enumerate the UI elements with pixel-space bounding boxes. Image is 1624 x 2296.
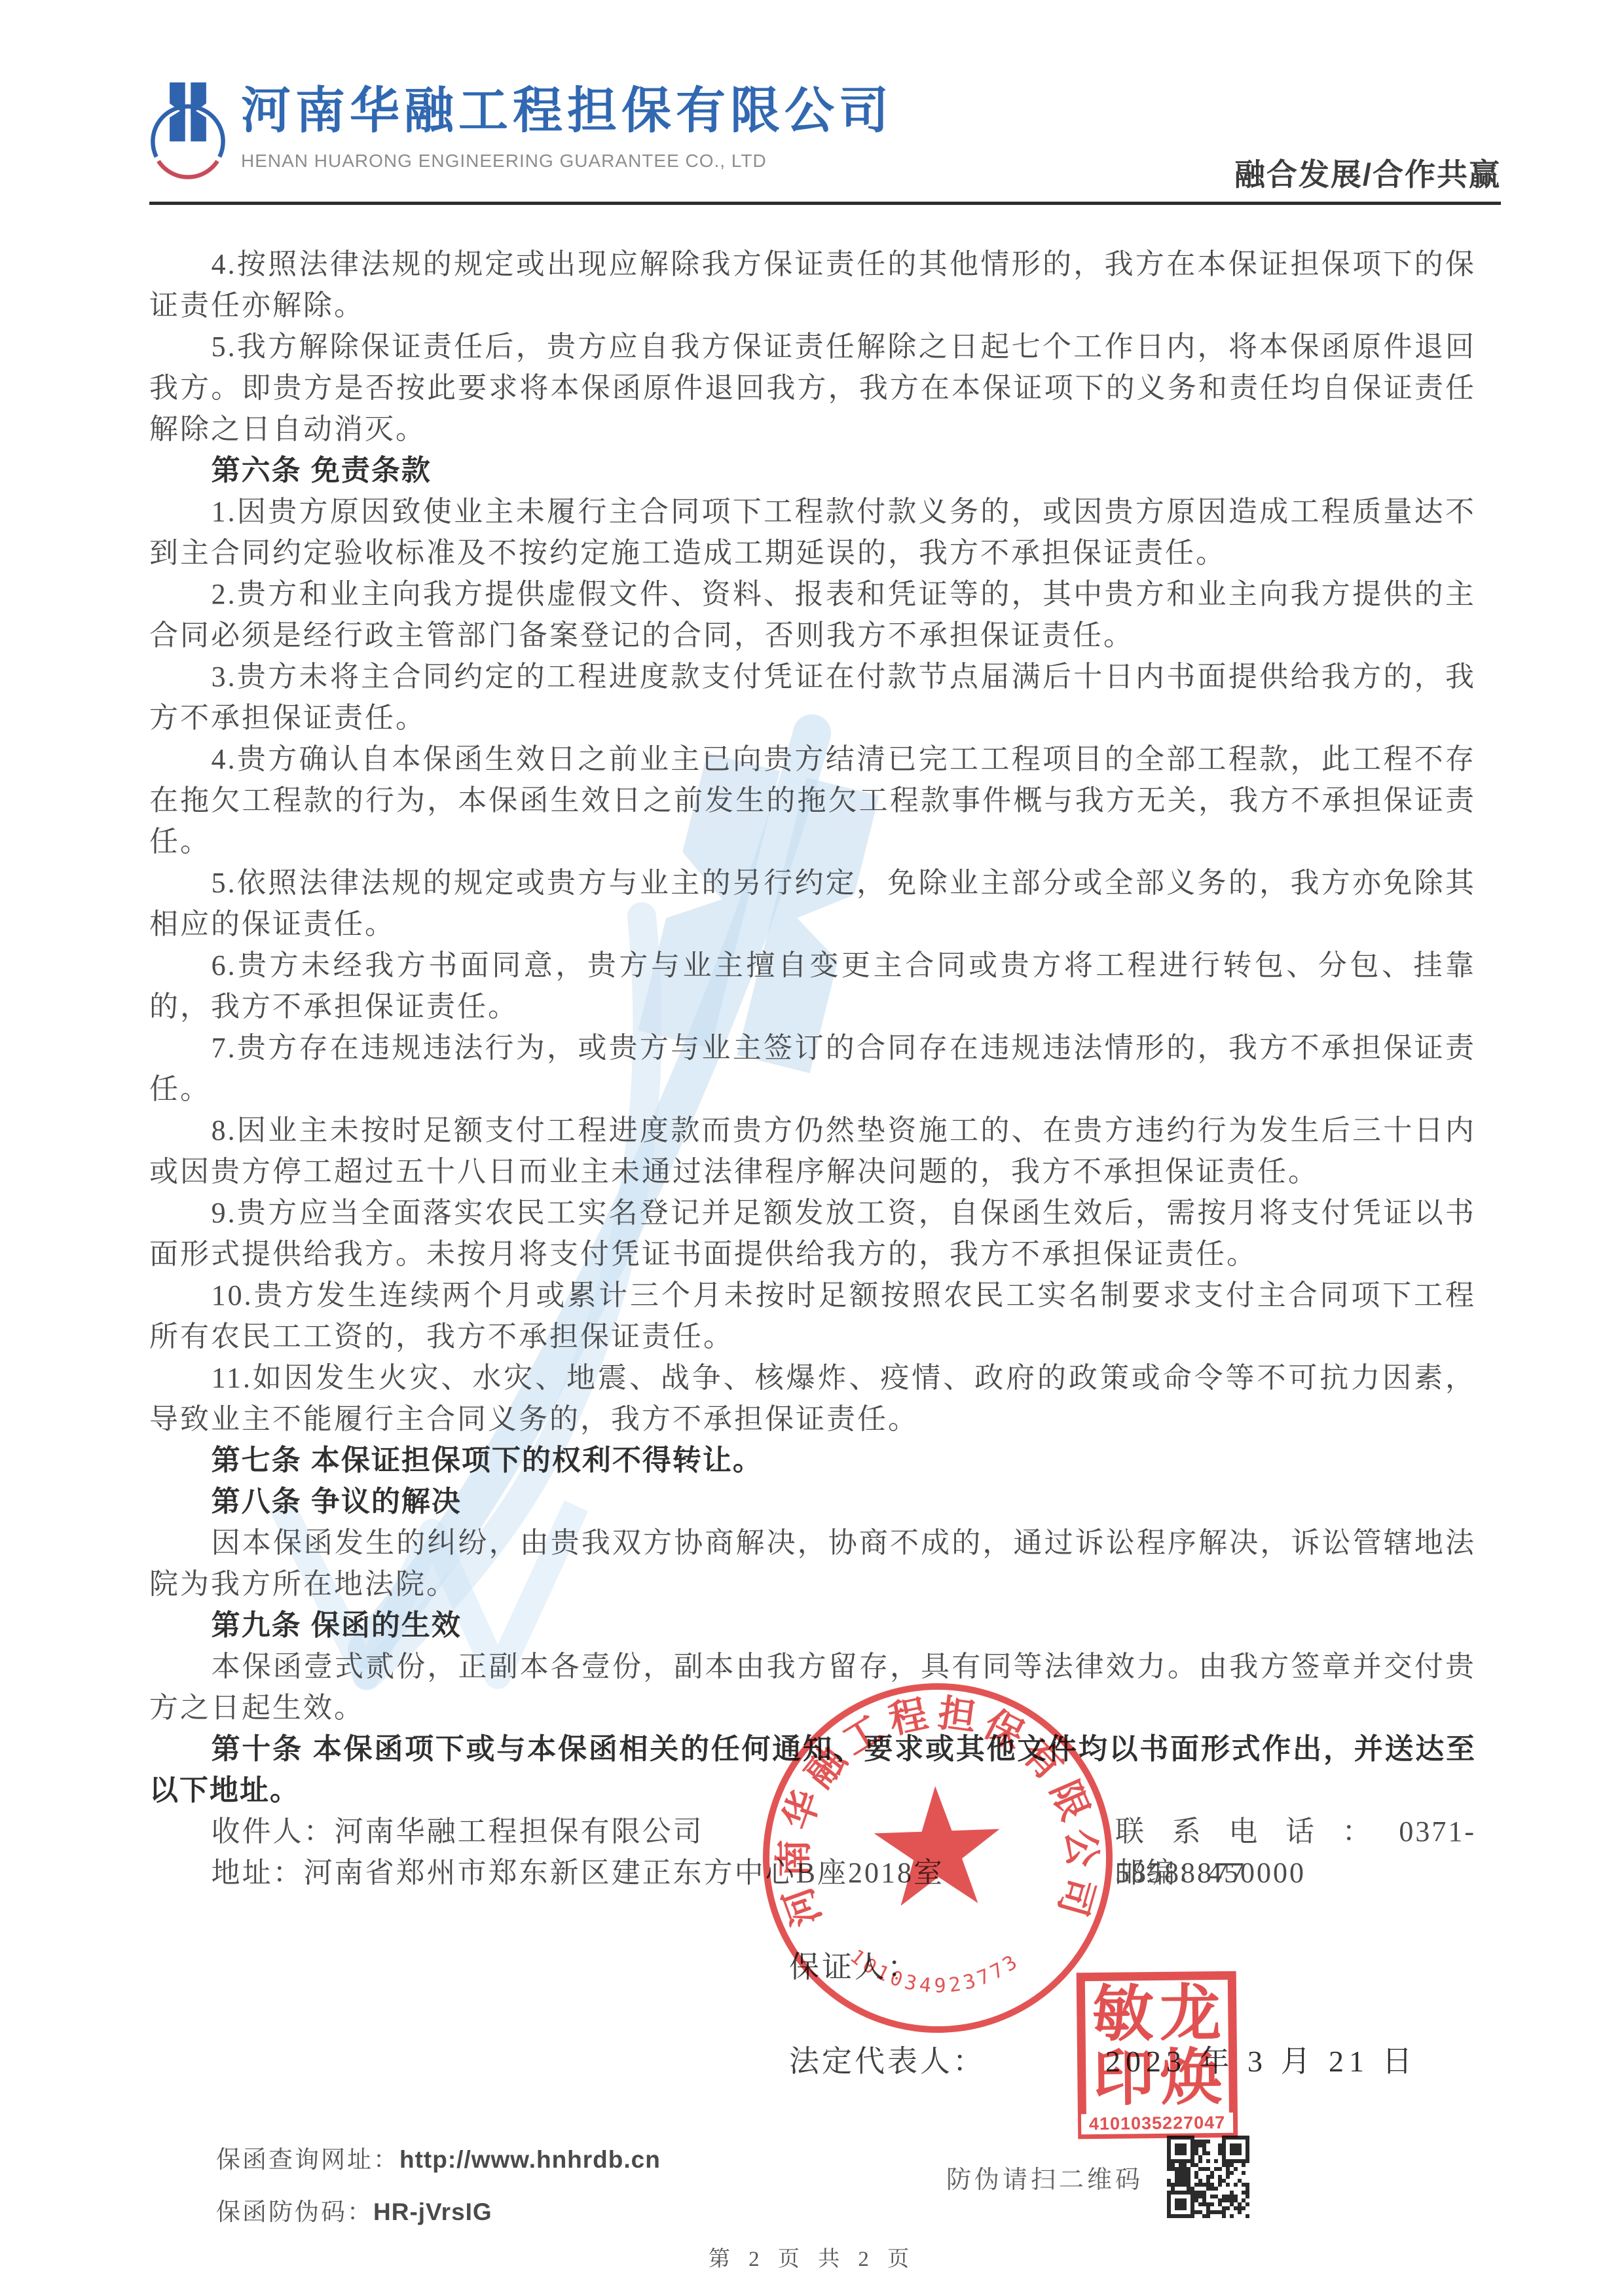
- postcode-value: 邮编：450000: [1115, 1852, 1306, 1893]
- recipient-value: 收件人：河南华融工程担保有限公司: [212, 1815, 704, 1848]
- article-heading: 第七条 本保证担保项下的权利不得转让。: [149, 1440, 1476, 1481]
- clause-paragraph: 3.贵方未将主合同约定的工程进度款支付凭证在付款节点届满后十日内书面提供给我方的…: [149, 656, 1476, 738]
- clause-paragraph: 11.如因发生火灾、水灾、地震、战争、核爆炸、疫情、政府的政策或命令等不可抗力因…: [149, 1357, 1476, 1440]
- qr-hint-text: 防伪请扫二维码: [946, 2159, 1143, 2195]
- anticode-value: HR-jVrsIG: [373, 2198, 492, 2225]
- seal-char: 敏: [1089, 1982, 1157, 2047]
- company-name-en: HENAN HUARONG ENGINEERING GUARANTEE CO.,…: [241, 151, 893, 172]
- clause-paragraph: 7.贵方存在违规违法行为，或贵方与业主签订的合同存在违规违法情形的，我方不承担保…: [149, 1027, 1476, 1110]
- header-divider: [149, 202, 1501, 205]
- anticode-label: 保函防伪码：: [216, 2199, 373, 2226]
- company-logo-icon: [149, 64, 227, 200]
- query-url-label: 保函查询网址：: [216, 2147, 399, 2174]
- page-number: 第 2 页 共 2 页: [0, 2242, 1624, 2272]
- company-name-cn: 河南华融工程担保有限公司: [241, 86, 893, 136]
- qr-code: [1167, 2136, 1249, 2218]
- clause-paragraph: 2.贵方和业主向我方提供虚假文件、资料、报表和凭证等的，其中贵方和业主向我方提供…: [149, 574, 1476, 656]
- clause-paragraph: 9.贵方应当全面落实农民工实名登记并足额发放工资，自保函生效后，需按月将支付凭证…: [149, 1192, 1476, 1275]
- article-heading: 第六条 免责条款: [149, 450, 1476, 491]
- query-url-value: http://www.hnhrdb.cn: [399, 2146, 661, 2173]
- clause-paragraph: 1.因贵方原因致使业主未履行主合同项下工程款付款义务的，或因贵方原因造成工程质量…: [149, 491, 1476, 574]
- svg-text:101034923773: 101034923773: [845, 1939, 1022, 2001]
- seal-char: 印: [1090, 2046, 1158, 2111]
- legal-rep-name-seal: 敏 龙 印 焕 4101035227047: [1077, 1971, 1238, 2140]
- letterhead: 河南华融工程担保有限公司 HENAN HUARONG ENGINEERING G…: [149, 60, 1501, 211]
- anti-fake-code-line: 保函防伪码：HR-jVrsIG: [216, 2192, 492, 2227]
- seal-number: 4101035227047: [1081, 2113, 1233, 2134]
- clause-paragraph: 4.按照法律法规的规定或出现应解除我方保证责任的其他情形的，我方在本保证担保项下…: [149, 244, 1476, 326]
- document-page: 河南华融工程担保有限公司 HENAN HUARONG ENGINEERING G…: [0, 0, 1624, 2296]
- document-body: 4.按照法律法规的规定或出现应解除我方保证责任的其他情形的，我方在本保证担保项下…: [149, 244, 1476, 1893]
- article-heading: 第九条 保函的生效: [149, 1605, 1476, 1646]
- clause-paragraph: 8.因业主未按时足额支付工程进度款而贵方仍然垫资施工的、在贵方违约行为发生后三十…: [149, 1110, 1476, 1192]
- clause-paragraph: 4.贵方确认自本保函生效日之前业主已向贵方结清已完工工程项目的全部工程款，此工程…: [149, 738, 1476, 862]
- clause-paragraph: 6.贵方未经我方书面同意，贵方与业主擅自变更主合同或贵方将工程进行转包、分包、挂…: [149, 945, 1476, 1027]
- seal-char: 焕: [1157, 2045, 1225, 2110]
- company-round-stamp-seal: 河南华融工程担保有限公司 101034923773: [749, 1669, 1126, 2046]
- clause-paragraph: 5.依照法律法规的规定或贵方与业主的另行约定，免除业主部分或全部义务的，我方亦免…: [149, 862, 1476, 945]
- guarantee-query-url-line: 保函查询网址：http://www.hnhrdb.cn: [216, 2140, 661, 2175]
- company-slogan: 融合发展/合作共赢: [1234, 151, 1501, 194]
- stamp-star-icon: [872, 1784, 1002, 1907]
- clause-paragraph: 5.我方解除保证责任后，贵方应自我方保证责任解除之日起七个工作日内，将本保函原件…: [149, 326, 1476, 450]
- clause-paragraph: 因本保函发生的纠纷，由贵我双方协商解决，协商不成的，通过诉讼程序解决，诉讼管辖地…: [149, 1522, 1476, 1605]
- seal-char: 龙: [1156, 1981, 1225, 2046]
- clause-paragraph: 10.贵方发生连续两个月或累计三个月未按时足额按照农民工实名制要求支付主合同项下…: [149, 1275, 1476, 1357]
- article-heading: 第八条 争议的解决: [149, 1481, 1476, 1522]
